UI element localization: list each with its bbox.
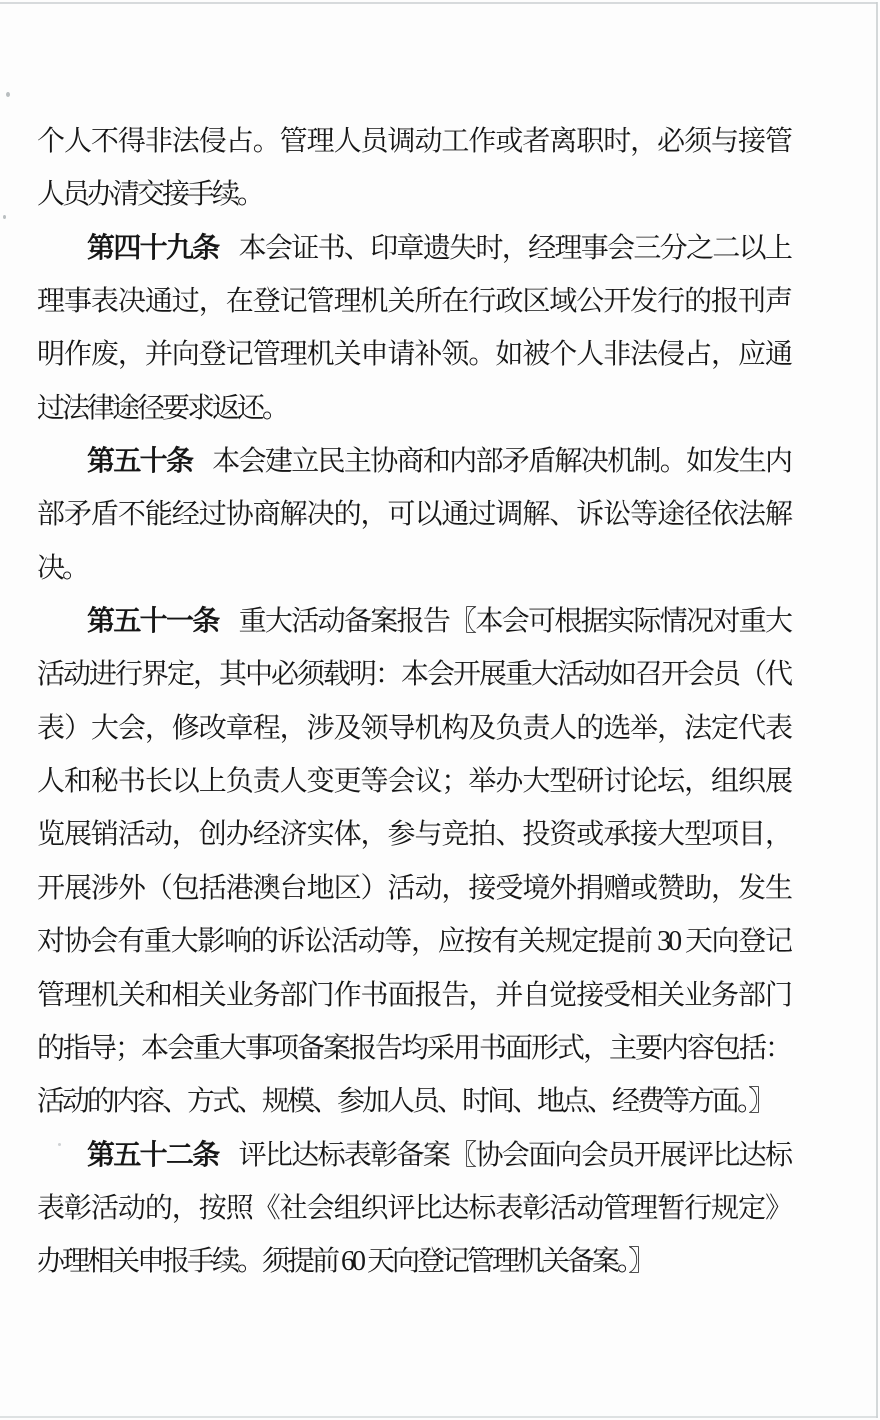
text-line: 的指导；本会重大事项备案报告均采用书面形式，主要内容包括：: [37, 1022, 790, 1075]
line-text: 活动进行界定，其中必须载明：本会开展重大活动如召开会员（代: [37, 659, 790, 690]
text-line: 表彰活动的，按照《社会组织评比达标表彰活动管理暂行规定》: [37, 1182, 790, 1235]
document-body: 个人不得非法侵占。管理人员调动工作或者离职时，必须与接管人员办清交接手续。第四十…: [37, 115, 790, 1289]
text-line: 办理相关申报手续。须提前 60 天向登记管理机关备案。〗: [37, 1235, 790, 1288]
line-text: 决。: [37, 553, 87, 584]
scan-edge-top: [0, 2, 877, 4]
article-number: 第五十一条: [87, 606, 219, 637]
line-text: 本会证书、印章遗失时，经理事会三分之二以上: [239, 233, 790, 264]
article-number: 第五十条: [87, 446, 192, 477]
text-line: 第五十二条评比达标表彰备案〖协会面向会员开展评比达标: [37, 1129, 790, 1182]
line-text: 评比达标表彰备案〖协会面向会员开展评比达标: [239, 1140, 790, 1171]
text-line: 览展销活动，创办经济实体，参与竞拍、投资或承接大型项目，: [37, 808, 790, 861]
text-line: 第五十条本会建立民主协商和内部矛盾解决机制。如发生内: [37, 435, 790, 488]
text-line: 第五十一条重大活动备案报告〖本会可根据实际情况对重大: [37, 595, 790, 648]
line-text: 活动的内容、方式、规模、参加人员、时间、地点、经费等方面。〗: [37, 1086, 773, 1117]
line-text: 本会建立民主协商和内部矛盾解决机制。如发生内: [212, 446, 790, 477]
scan-speck: [6, 92, 10, 97]
line-text: 表）大会，修改章程，涉及领导机构及负责人的选举，法定代表: [37, 713, 790, 744]
line-text: 人员办清交接手续。: [37, 179, 262, 210]
text-line: 决。: [37, 542, 790, 595]
text-line: 人员办清交接手续。: [37, 168, 790, 221]
text-line: 活动进行界定，其中必须载明：本会开展重大活动如召开会员（代: [37, 648, 790, 701]
line-text: 的指导；本会重大事项备案报告均采用书面形式，主要内容包括：: [37, 1033, 790, 1064]
article-number: 第五十二条: [87, 1140, 219, 1171]
line-text: 览展销活动，创办经济实体，参与竞拍、投资或承接大型项目，: [37, 819, 790, 850]
line-text: 对协会有重大影响的诉讼活动等，应按有关规定提前 30 天向登记: [37, 926, 790, 957]
line-text: 办理相关申报手续。须提前 60 天向登记管理机关备案。〗: [37, 1246, 653, 1277]
text-line: 个人不得非法侵占。管理人员调动工作或者离职时，必须与接管: [37, 115, 790, 168]
scan-speck: [3, 215, 6, 219]
line-text: 明作废，并向登记管理机关申请补领。如被个人非法侵占，应通: [37, 339, 790, 370]
line-text: 重大活动备案报告〖本会可根据实际情况对重大: [239, 606, 790, 637]
text-line: 明作废，并向登记管理机关申请补领。如被个人非法侵占，应通: [37, 328, 790, 381]
line-text: 管理机关和相关业务部门作书面报告，并自觉接受相关业务部门: [37, 980, 790, 1011]
line-text: 人和秘书长以上负责人变更等会议；举办大型研讨论坛，组织展: [37, 766, 790, 797]
text-line: 理事表决通过，在登记管理机关所在行政区域公开发行的报刊声: [37, 275, 790, 328]
scan-edge-bottom: [0, 1416, 878, 1418]
text-line: 人和秘书长以上负责人变更等会议；举办大型研讨论坛，组织展: [37, 755, 790, 808]
line-text: 理事表决通过，在登记管理机关所在行政区域公开发行的报刊声: [37, 286, 790, 317]
text-line: 表）大会，修改章程，涉及领导机构及负责人的选举，法定代表: [37, 702, 790, 755]
text-line: 管理机关和相关业务部门作书面报告，并自觉接受相关业务部门: [37, 969, 790, 1022]
text-line: 对协会有重大影响的诉讼活动等，应按有关规定提前 30 天向登记: [37, 915, 790, 968]
article-number: 第四十九条: [87, 233, 219, 264]
line-text: 部矛盾不能经过协商解决的，可以通过调解、诉讼等途径依法解: [37, 499, 790, 530]
scan-edge-right: [876, 2, 878, 1418]
text-line: 过法律途径要求返还。: [37, 382, 790, 435]
text-line: 第四十九条本会证书、印章遗失时，经理事会三分之二以上: [37, 222, 790, 275]
document-page: 个人不得非法侵占。管理人员调动工作或者离职时，必须与接管人员办清交接手续。第四十…: [0, 0, 880, 1420]
line-text: 开展涉外（包括港澳台地区）活动，接受境外捐赠或赞助，发生: [37, 873, 790, 904]
line-text: 表彰活动的，按照《社会组织评比达标表彰活动管理暂行规定》: [37, 1193, 790, 1224]
text-line: 开展涉外（包括港澳台地区）活动，接受境外捐赠或赞助，发生: [37, 862, 790, 915]
line-text: 个人不得非法侵占。管理人员调动工作或者离职时，必须与接管: [37, 126, 790, 157]
text-line: 部矛盾不能经过协商解决的，可以通过调解、诉讼等途径依法解: [37, 488, 790, 541]
line-text: 过法律途径要求返还。: [37, 393, 287, 424]
text-line: 活动的内容、方式、规模、参加人员、时间、地点、经费等方面。〗: [37, 1075, 790, 1128]
